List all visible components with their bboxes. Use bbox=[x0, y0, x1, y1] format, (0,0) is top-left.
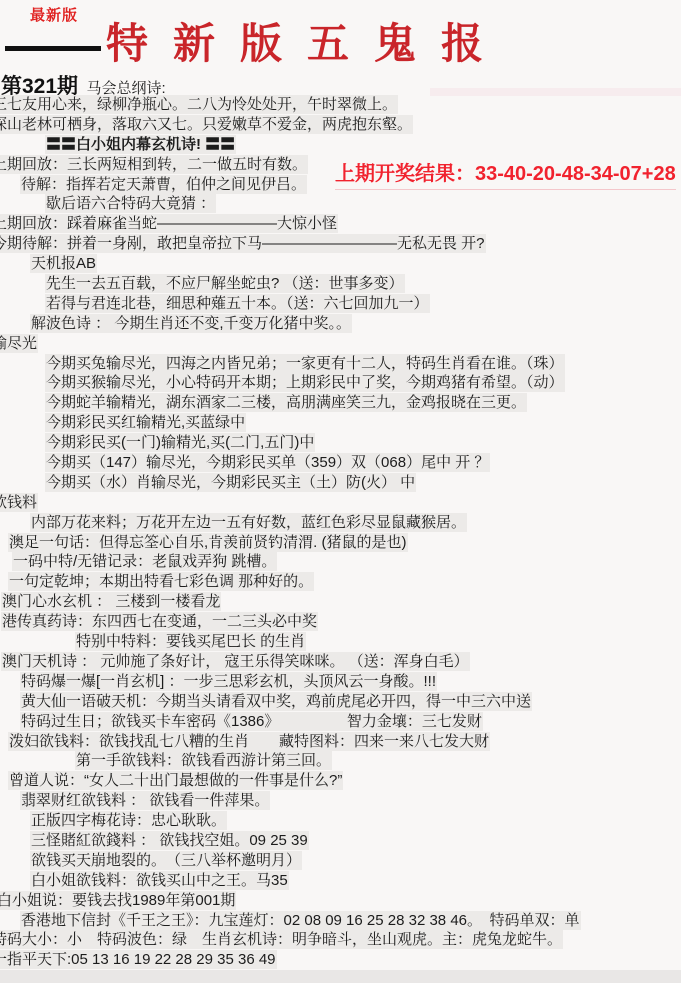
text-line: 白小姐说：要钱去找1989年第001期 bbox=[0, 891, 681, 911]
text-line-content: 三七友用心来，绿柳净瓶心。二八为怜处处开，午时翠微上。 bbox=[0, 95, 398, 114]
text-line: 今期买（水）肖输尽光，今期彩民买主（土）防(火） 中 bbox=[45, 473, 681, 493]
text-line-content: 白小姐欲钱料：欲钱买山中之王。马35 bbox=[30, 871, 289, 890]
text-line: 一句定乾坤；本期出特看七彩色调 那种好的。 bbox=[8, 572, 681, 592]
text-line-content: 特码大小：小 特码波色：绿 生肖玄机诗：明争暗斗，坐山观虎。主：虎兔龙蛇牛。 bbox=[0, 930, 563, 949]
text-line-content: 解波色诗 ： 今期生肖还不变,千变万化猪中奖。。 bbox=[30, 314, 352, 333]
text-line-content: 第一手欲钱料：欲钱看西游计第三回。 bbox=[75, 751, 332, 770]
text-line-content: 港传真药诗：东四西七在变通，一二三头必中奖 bbox=[1, 612, 318, 631]
tip-sheet-page: 最新版 特新版五鬼报 第321期 马会总纲诗: 上期开奖结果：33-40-20-… bbox=[0, 0, 681, 983]
text-line: 澳足一句话：但得忘筌心自乐,肯羡前贤钓清渭. (猪鼠的是也) bbox=[8, 533, 681, 553]
text-line-content: 若得与君连北巷，细思种薙五十本。（送：六七回加九一） bbox=[45, 294, 430, 313]
text-line-content: 内部万花来料；万花开左边一五有好数，蓝红色彩尽显鼠藏猴居。 bbox=[30, 513, 467, 532]
text-line: 今期彩民买(一门)输精光,买(二门,五门)中 bbox=[45, 433, 681, 453]
text-line: 澳门天机诗 ： 元帅施了条好计， 寇王乐得笑咪咪。 （送：浑身白毛） bbox=[1, 652, 681, 672]
text-line-content: 〓〓白小姐内幕玄机诗! 〓〓 bbox=[45, 135, 236, 154]
text-line: 特码爆一爆[一肖玄机] ：一步三思彩玄机，头顶风云一身酸。!!! bbox=[20, 672, 681, 692]
text-line-content: 今期买（147）输尽光，今期彩民买单（359）双（068）尾中 开 ？ bbox=[45, 453, 490, 472]
text-line: 今期待解：拼着一身剐，敢把皇帝拉下马—————————无私无畏 开? bbox=[0, 234, 681, 254]
text-line-content: 输尽光 bbox=[0, 334, 38, 353]
text-line-content: 一句定乾坤；本期出特看七彩色调 那种好的。 bbox=[8, 572, 314, 591]
text-line: 内部万花来料；万花开左边一五有好数，蓝红色彩尽显鼠藏猴居。 bbox=[30, 513, 681, 533]
text-line: 输尽光 bbox=[0, 334, 681, 354]
text-line-content: 上期回放：踩着麻雀当蛇————————大惊小怪 bbox=[0, 214, 338, 233]
text-line: 正版四字梅花诗：忠心耿耿。 bbox=[30, 811, 681, 831]
text-line: 上期回放：三长两短相到转，二一做五时有数。 bbox=[0, 155, 681, 175]
text-line-content: 今期彩民买(一门)输精光,买(二门,五门)中 bbox=[45, 433, 315, 452]
text-line: 今期买（147）输尽光，今期彩民买单（359）双（068）尾中 开 ？ bbox=[45, 453, 681, 473]
text-line: 香港地下信封《千王之王》：九宝莲灯：02 08 09 16 25 28 32 3… bbox=[20, 911, 681, 931]
text-line-content: 黄大仙一语破天机：今期当头请看双中奖，鸡前虎尾必开四，得一中三六中送 bbox=[20, 692, 532, 711]
page-title: 特新版五鬼报 bbox=[106, 22, 508, 66]
text-line: 三怪賭紅欲錢料 ： 欲钱找空姐。09 25 39 bbox=[30, 831, 681, 851]
text-line-content: 今期待解：拼着一身剐，敢把皇帝拉下马—————————无私无畏 开? bbox=[0, 234, 486, 253]
text-line: 〓〓白小姐内幕玄机诗! 〓〓 bbox=[45, 135, 681, 155]
text-line-content: 曾道人说：“女人二十出门最想做的一件事是什么?” bbox=[8, 771, 343, 790]
text-line-content: 特码爆一爆[一肖玄机] ：一步三思彩玄机，头顶风云一身酸。!!! bbox=[20, 672, 437, 691]
text-line: 一指平天下:05 13 16 19 22 28 29 35 36 49 bbox=[0, 950, 681, 970]
text-line: 翡翠财红欲钱料 ： 欲钱看一件萍果。 bbox=[20, 791, 681, 811]
text-line-content: 欲钱买天崩地裂的。 （三八举杯邀明月） bbox=[30, 851, 302, 870]
text-line-content: 深山老林可栖身，落取六又七。只爱嫩草不爱金，两虎抱东壑。 bbox=[0, 115, 413, 134]
text-line-content: 今期买兔输尽光，四海之内皆兄弟；一家更有十二人，特码生肖看在谁。（珠） bbox=[45, 354, 565, 373]
bottom-scan-strip bbox=[0, 970, 681, 983]
text-line: 第一手欲钱料：欲钱看西游计第三回。 bbox=[75, 751, 681, 771]
text-line: 今期买猴输尽光，小心特码开本期；上期彩民中了奖，今期鸡猪有希望。（动） bbox=[45, 373, 681, 393]
text-line: 三七友用心来，绿柳净瓶心。二八为怜处处开，午时翠微上。 bbox=[0, 95, 681, 115]
text-line: 深山老林可栖身，落取六又七。只爱嫩草不爱金，两虎抱东壑。 bbox=[0, 115, 681, 135]
text-line-content: 澳门天机诗 ： 元帅施了条好计， 寇王乐得笑咪咪。 （送：浑身白毛） bbox=[1, 652, 470, 671]
text-line-content: 今期买猴输尽光，小心特码开本期；上期彩民中了奖，今期鸡猪有希望。（动） bbox=[45, 373, 565, 392]
text-line: 黄大仙一语破天机：今期当头请看双中奖，鸡前虎尾必开四，得一中三六中送 bbox=[20, 692, 681, 712]
title-dash-rule bbox=[5, 46, 101, 51]
text-line: 曾道人说：“女人二十出门最想做的一件事是什么?” bbox=[8, 771, 681, 791]
text-line-content: 三怪賭紅欲錢料 ： 欲钱找空姐。09 25 39 bbox=[30, 831, 309, 850]
text-line: 港传真药诗：东四西七在变通，一二三头必中奖 bbox=[1, 612, 681, 632]
text-line-content: 特别中特料：要钱买尾巴长 的生肖 bbox=[75, 632, 306, 651]
text-line-content: 上期回放：三长两短相到转，二一做五时有数。 bbox=[0, 155, 308, 174]
text-line: 特码过生日；欲钱买卡车密码《1386》 智力金壤：三七发财 bbox=[20, 712, 681, 732]
text-line: 歇后语六合特码大竟猜 ： bbox=[45, 194, 681, 214]
text-line-content: 香港地下信封《千王之王》：九宝莲灯：02 08 09 16 25 28 32 3… bbox=[20, 911, 581, 930]
text-line-content: 白小姐说：要钱去找1989年第001期 bbox=[0, 891, 236, 910]
text-line-content: 泼妇欲钱料：欲钱找乱七八糟的生肖 藏特图料：四来一来八七发大财 bbox=[8, 732, 490, 751]
text-line-content: 翡翠财红欲钱料 ： 欲钱看一件萍果。 bbox=[20, 791, 270, 810]
text-line-content: 特码过生日；欲钱买卡车密码《1386》 智力金壤：三七发财 bbox=[20, 712, 483, 731]
text-line-content: 今期蛇羊输精光，湖东酒家二三楼，高朋满座笑三九，金鸡报晓在三更。 bbox=[45, 393, 527, 412]
text-line-content: 今期彩民买红输精光,买蓝绿中 bbox=[45, 413, 246, 432]
text-line: 先生一去五百载，不应尸解坐蛇虫? （送：世事多变） bbox=[45, 274, 681, 294]
text-line: 欲钱买天崩地裂的。 （三八举杯邀明月） bbox=[30, 851, 681, 871]
text-line: 上期回放：踩着麻雀当蛇————————大惊小怪 bbox=[0, 214, 681, 234]
text-line-content: 今期买（水）肖输尽光，今期彩民买主（土）防(火） 中 bbox=[45, 473, 416, 492]
text-line-content: 一码中特/无错记录：老鼠戏弄狗 跳槽。 bbox=[12, 552, 277, 571]
text-line-content: 澳门心水玄机 ： 三楼到一楼看龙 bbox=[1, 592, 221, 611]
text-line: 泼妇欲钱料：欲钱找乱七八糟的生肖 藏特图料：四来一来八七发大财 bbox=[8, 732, 681, 752]
text-line: 待解：指挥若定天萧曹，伯仲之间见伊吕。 bbox=[20, 175, 681, 195]
text-line: 一码中特/无错记录：老鼠戏弄狗 跳槽。 bbox=[12, 552, 681, 572]
text-line-content: 待解：指挥若定天萧曹，伯仲之间见伊吕。 bbox=[20, 175, 307, 194]
text-line: 特码大小：小 特码波色：绿 生肖玄机诗：明争暗斗，坐山观虎。主：虎兔龙蛇牛。 bbox=[0, 930, 681, 950]
text-line: 天机报AB bbox=[30, 254, 681, 274]
body-lines: 三七友用心来，绿柳净瓶心。二八为怜处处开，午时翠微上。深山老林可栖身，落取六又七… bbox=[0, 95, 681, 970]
text-line: 白小姐欲钱料：欲钱买山中之王。马35 bbox=[30, 871, 681, 891]
text-line-content: 一指平天下:05 13 16 19 22 28 29 35 36 49 bbox=[0, 950, 277, 969]
text-line-content: 澳足一句话：但得忘筌心自乐,肯羡前贤钓清渭. (猪鼠的是也) bbox=[8, 533, 408, 552]
text-line: 解波色诗 ： 今期生肖还不变,千变万化猪中奖。。 bbox=[30, 314, 681, 334]
text-line: 特别中特料：要钱买尾巴长 的生肖 bbox=[75, 632, 681, 652]
text-line: 今期蛇羊输精光，湖东酒家二三楼，高朋满座笑三九，金鸡报晓在三更。 bbox=[45, 393, 681, 413]
text-line-content: 天机报AB bbox=[30, 254, 97, 273]
text-line: 若得与君连北巷，细思种薙五十本。（送：六七回加九一） bbox=[45, 294, 681, 314]
text-line: 今期买兔输尽光，四海之内皆兄弟；一家更有十二人，特码生肖看在谁。（珠） bbox=[45, 354, 681, 374]
text-line-content: 歇后语六合特码大竟猜 ： bbox=[45, 194, 216, 213]
text-line: 今期彩民买红输精光,买蓝绿中 bbox=[45, 413, 681, 433]
text-line: 欲钱料 bbox=[0, 493, 681, 513]
text-line-content: 欲钱料 bbox=[0, 493, 38, 512]
latest-edition-badge: 最新版 bbox=[30, 4, 78, 25]
text-line: 澳门心水玄机 ： 三楼到一楼看龙 bbox=[1, 592, 681, 612]
text-line-content: 正版四字梅花诗：忠心耿耿。 bbox=[30, 811, 227, 830]
text-line-content: 先生一去五百载，不应尸解坐蛇虫? （送：世事多变） bbox=[45, 274, 405, 293]
